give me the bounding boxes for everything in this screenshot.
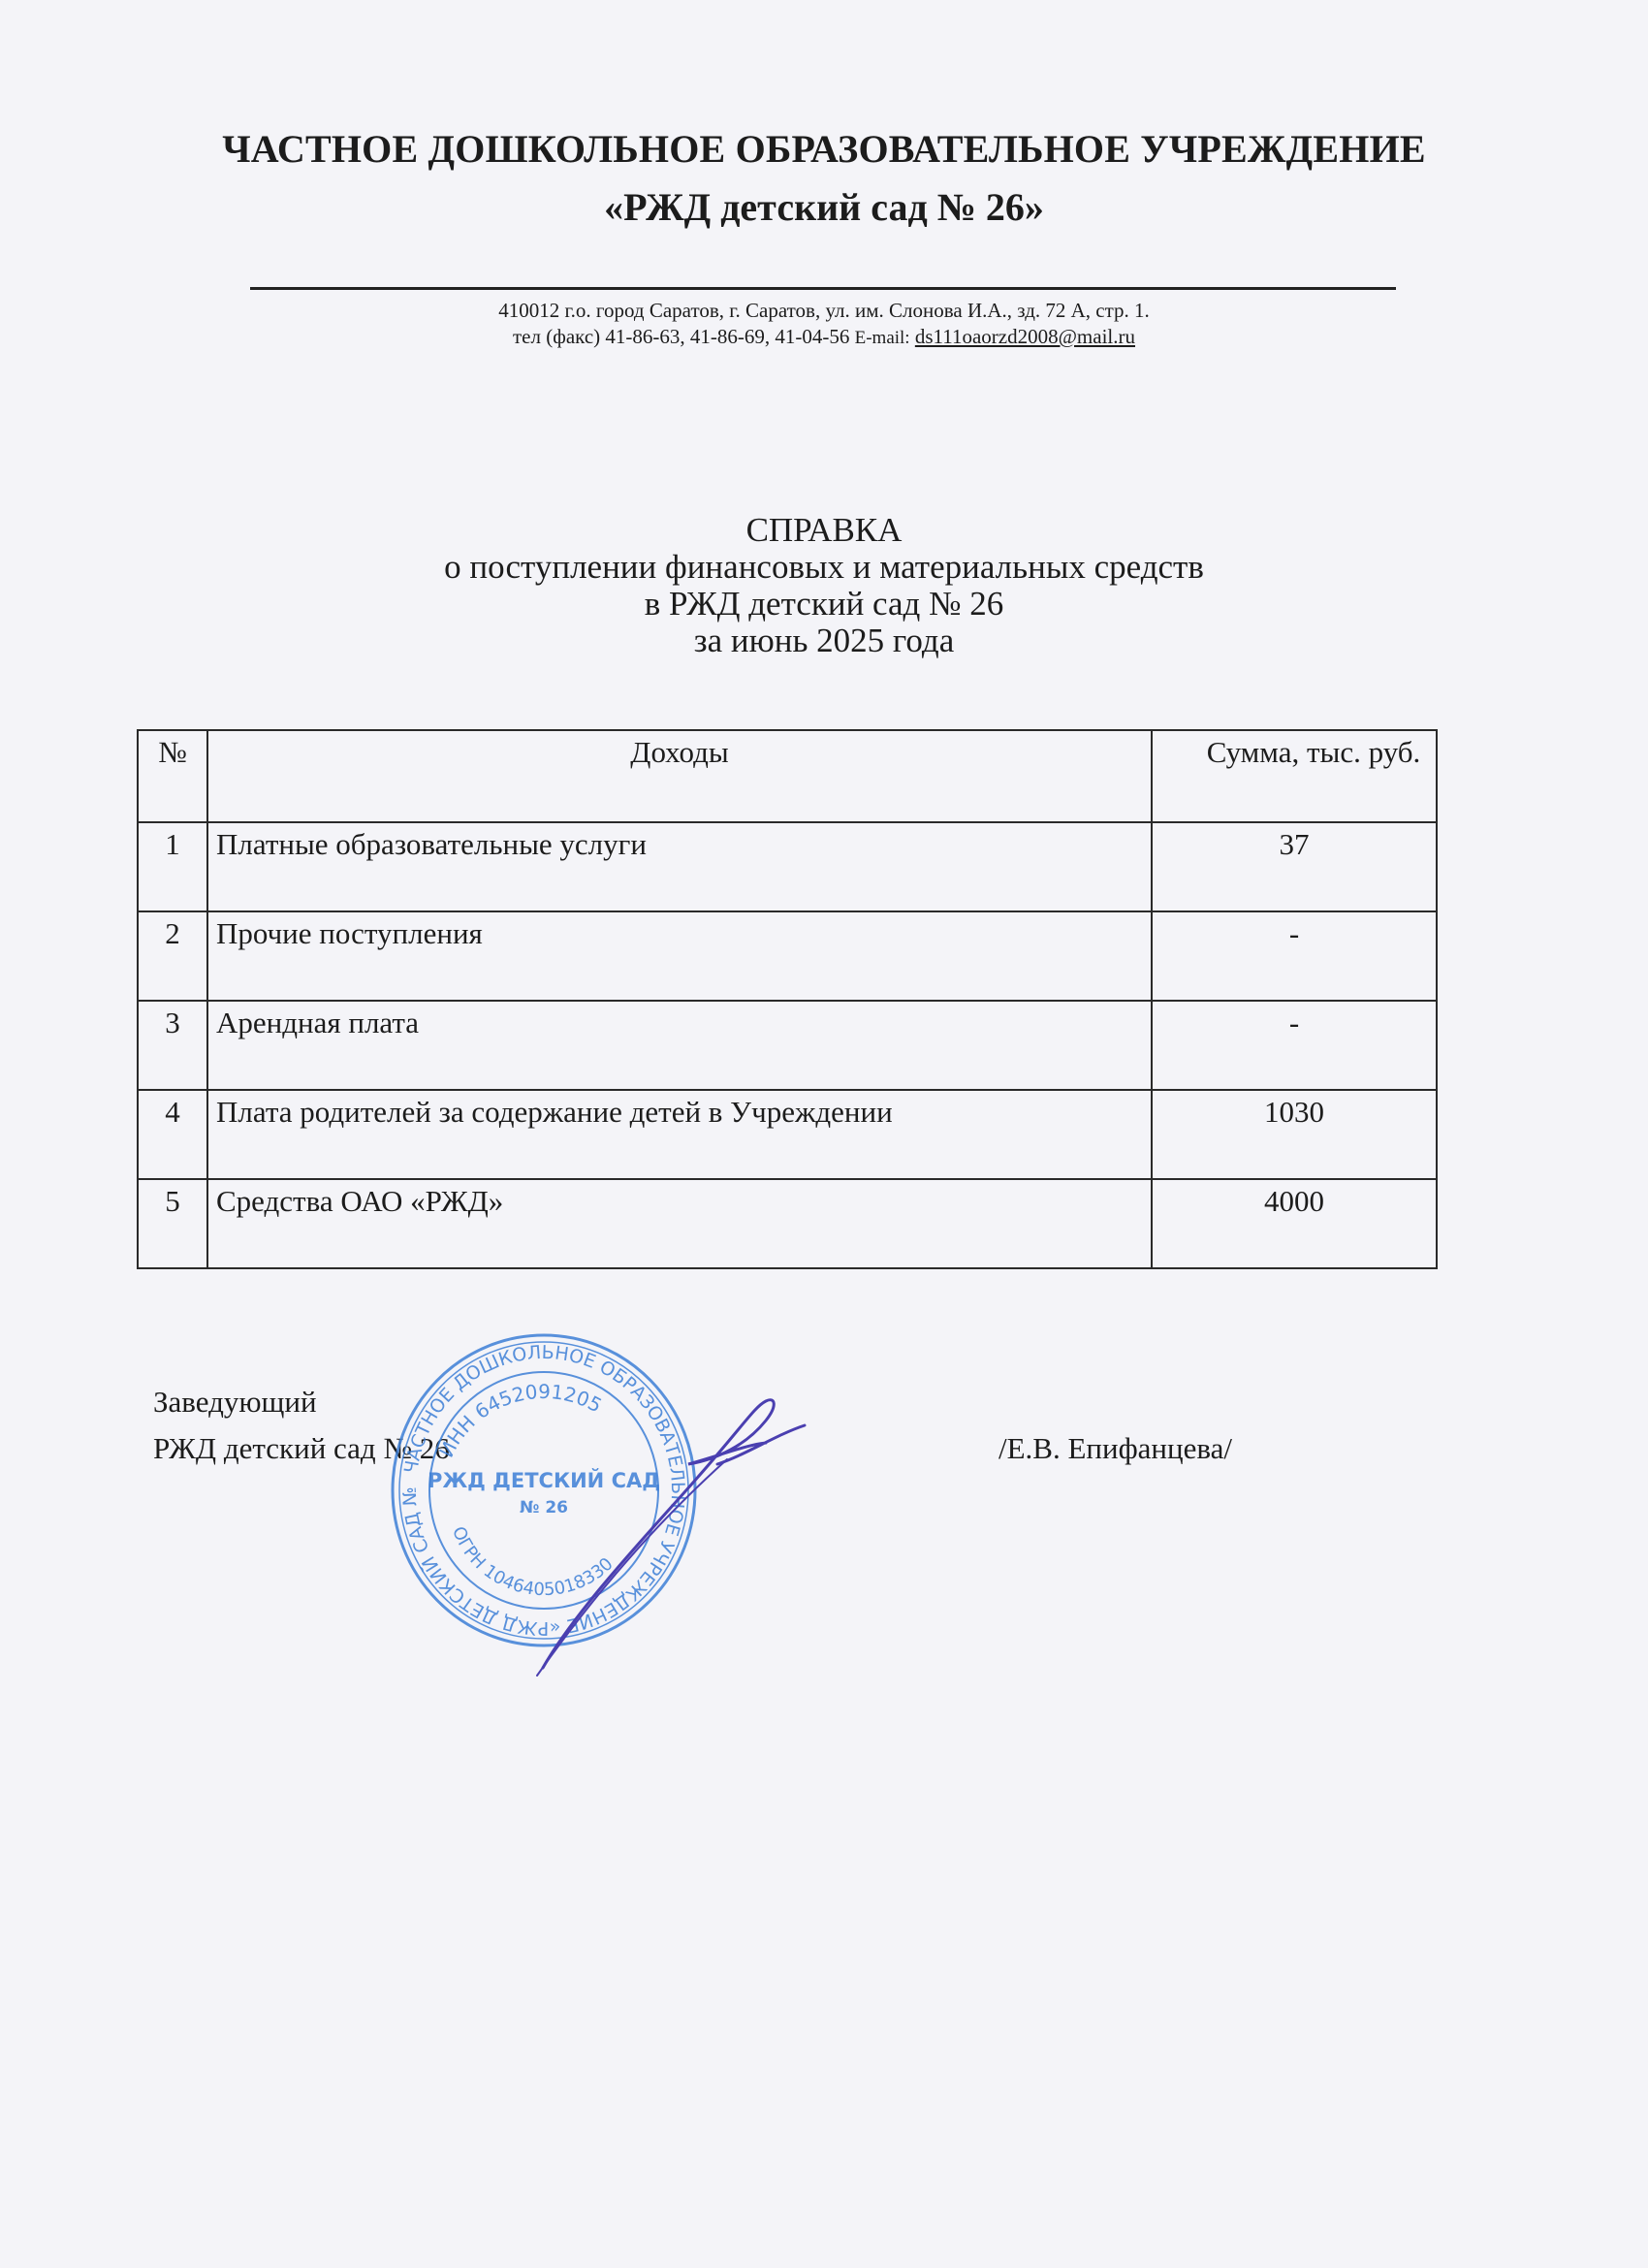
row-name: Арендная плата	[207, 1001, 1152, 1090]
subtitle-line: в РЖД детский сад № 26	[0, 586, 1648, 623]
table-row: 5 Средства ОАО «РЖД» 4000	[138, 1179, 1437, 1268]
phones: тел (факс) 41-86-63, 41-86-69, 41-04-56	[513, 325, 849, 348]
org-name-heading: «РЖД детский сад № 26»	[0, 184, 1648, 230]
address-line: 410012 г.о. город Саратов, г. Саратов, у…	[0, 299, 1648, 323]
signatory-name: /Е.В. Епифанцева/	[998, 1431, 1232, 1466]
row-num: 2	[138, 911, 207, 1001]
table-row: 1 Платные образовательные услуги 37	[138, 822, 1437, 911]
subtitle-line: за июнь 2025 года	[0, 623, 1648, 659]
subtitle-line: о поступлении финансовых и материальных …	[0, 549, 1648, 586]
row-sum: 4000	[1152, 1179, 1437, 1268]
row-name: Прочие поступления	[207, 911, 1152, 1001]
row-num: 4	[138, 1090, 207, 1179]
table-row: 2 Прочие поступления -	[138, 911, 1437, 1001]
row-sum: -	[1152, 911, 1437, 1001]
org-type-heading: ЧАСТНОЕ ДОШКОЛЬНОЕ ОБРАЗОВАТЕЛЬНОЕ УЧРЕЖ…	[0, 126, 1648, 172]
email-label: E-mail:	[855, 328, 910, 348]
header-income: Доходы	[207, 730, 1152, 822]
row-sum: 37	[1152, 822, 1437, 911]
table-row: 4 Плата родителей за содержание детей в …	[138, 1090, 1437, 1179]
table-row: 3 Арендная плата -	[138, 1001, 1437, 1090]
document-title-block: СПРАВКА о поступлении финансовых и матер…	[0, 512, 1648, 659]
row-sum: -	[1152, 1001, 1437, 1090]
row-name: Платные образовательные услуги	[207, 822, 1152, 911]
table-header-row: № Доходы Сумма, тыс. руб.	[138, 730, 1437, 822]
email-link[interactable]: ds111oaorzd2008@mail.ru	[915, 325, 1135, 348]
row-name: Плата родителей за содержание детей в Уч…	[207, 1090, 1152, 1179]
row-sum: 1030	[1152, 1090, 1437, 1179]
signatory-role: Заведующий	[153, 1385, 317, 1420]
header-num: №	[138, 730, 207, 822]
row-num: 5	[138, 1179, 207, 1268]
row-num: 3	[138, 1001, 207, 1090]
header-divider	[250, 287, 1396, 290]
row-num: 1	[138, 822, 207, 911]
contact-line: тел (факс) 41-86-63, 41-86-69, 41-04-56 …	[0, 325, 1648, 349]
row-name: Средства ОАО «РЖД»	[207, 1179, 1152, 1268]
handwritten-signature-icon	[523, 1367, 931, 1677]
income-table: № Доходы Сумма, тыс. руб. 1 Платные обра…	[137, 729, 1438, 1269]
header-sum: Сумма, тыс. руб.	[1152, 730, 1437, 822]
document-title: СПРАВКА	[0, 512, 1648, 549]
